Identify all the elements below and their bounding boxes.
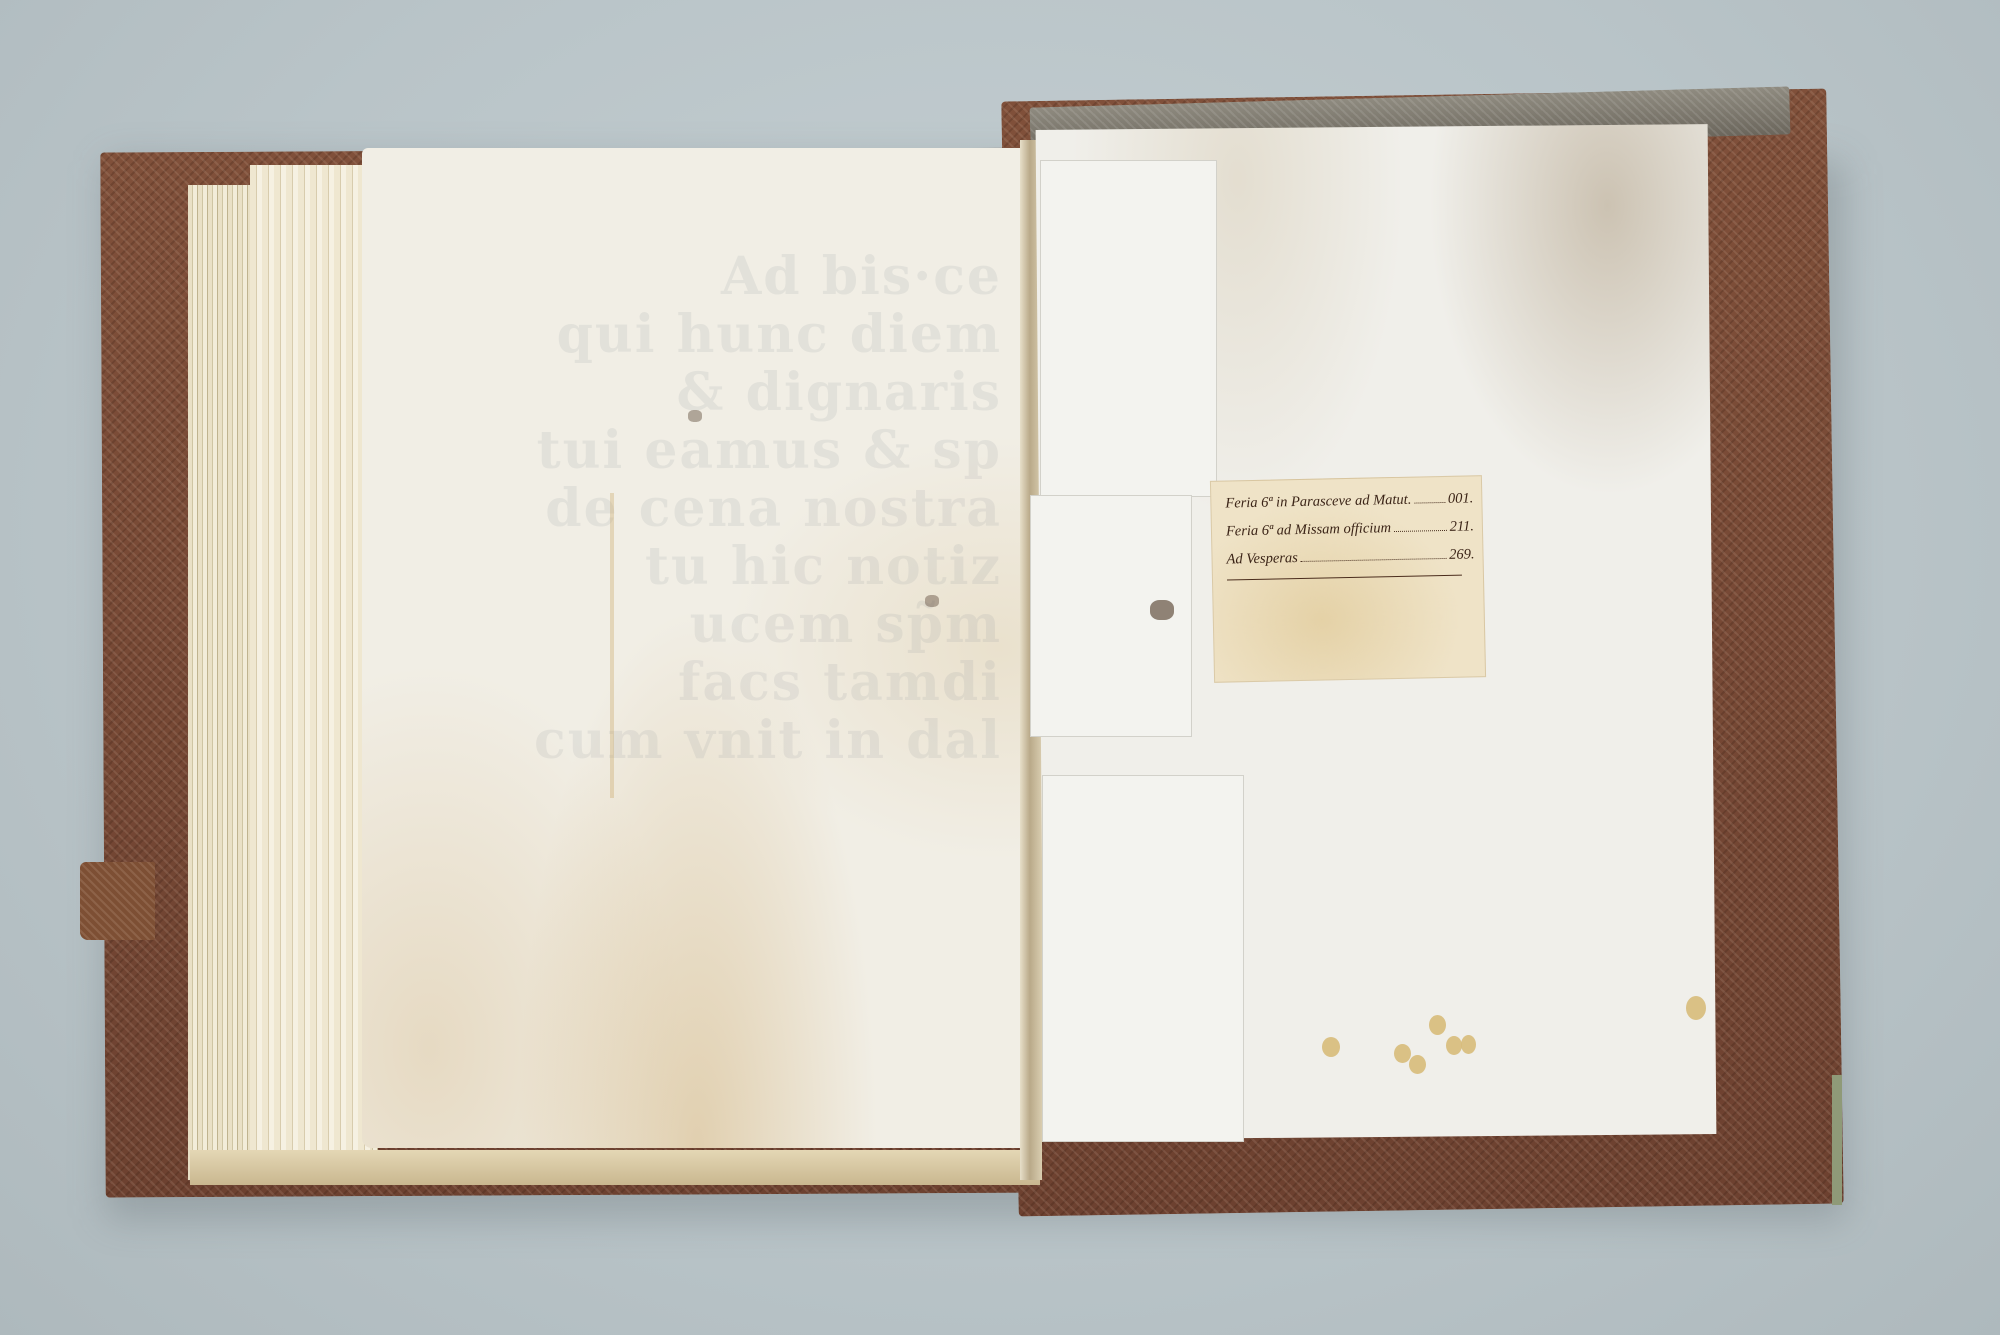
label-line-text: Feria 6ª ad Missam officium xyxy=(1226,520,1391,540)
label-line-number: 211. xyxy=(1449,518,1474,536)
label-line: Feria 6ª in Parasceve ad Matut. 001. xyxy=(1225,490,1473,512)
paper-repair-patch xyxy=(1042,775,1244,1142)
label-line-number: 001. xyxy=(1448,490,1474,508)
dirt-mark xyxy=(1150,600,1174,620)
wax-drip-spot xyxy=(1409,1055,1426,1074)
left-page: Ad bis·ce qui hunc diem & dignaris tui e… xyxy=(362,148,1032,1148)
handwritten-index-label: Feria 6ª in Parasceve ad Matut. 001. Fer… xyxy=(1210,475,1486,683)
wax-drip-spot xyxy=(1394,1044,1411,1063)
label-line-text: Feria 6ª in Parasceve ad Matut. xyxy=(1225,492,1411,513)
label-line-number: 269. xyxy=(1449,546,1475,564)
wax-drip-spot xyxy=(1461,1035,1476,1054)
label-line-text: Ad Vesperas xyxy=(1226,550,1298,568)
tape-residue-stain xyxy=(610,493,904,798)
dirt-mark xyxy=(925,595,939,607)
bleed-line: tui eamus & sp xyxy=(482,422,1002,480)
page-stack-inner xyxy=(250,165,370,1175)
paper-repair-patch xyxy=(1040,160,1217,497)
wax-drip-spot xyxy=(1322,1037,1340,1057)
label-line: Feria 6ª ad Missam officium 211. xyxy=(1226,518,1474,540)
leader-dots xyxy=(1394,519,1447,532)
wax-drip-spot xyxy=(1686,996,1706,1020)
wax-drip-spot xyxy=(1446,1036,1462,1055)
wax-drip-spot xyxy=(1429,1015,1446,1035)
metal-edge-fitting xyxy=(1832,1075,1842,1205)
label-line: Ad Vesperas 269. xyxy=(1226,546,1474,568)
dirt-mark xyxy=(688,410,702,422)
page-block-bottom xyxy=(190,1150,1040,1185)
label-underline xyxy=(1227,575,1462,581)
bleed-line: Ad bis·ce xyxy=(482,248,1002,306)
bleed-line: qui hunc diem xyxy=(482,306,1002,364)
leather-clasp-strap xyxy=(80,862,155,940)
bleed-line: & dignaris xyxy=(482,364,1002,422)
leader-dots xyxy=(1414,491,1445,504)
leader-dots xyxy=(1301,547,1447,562)
